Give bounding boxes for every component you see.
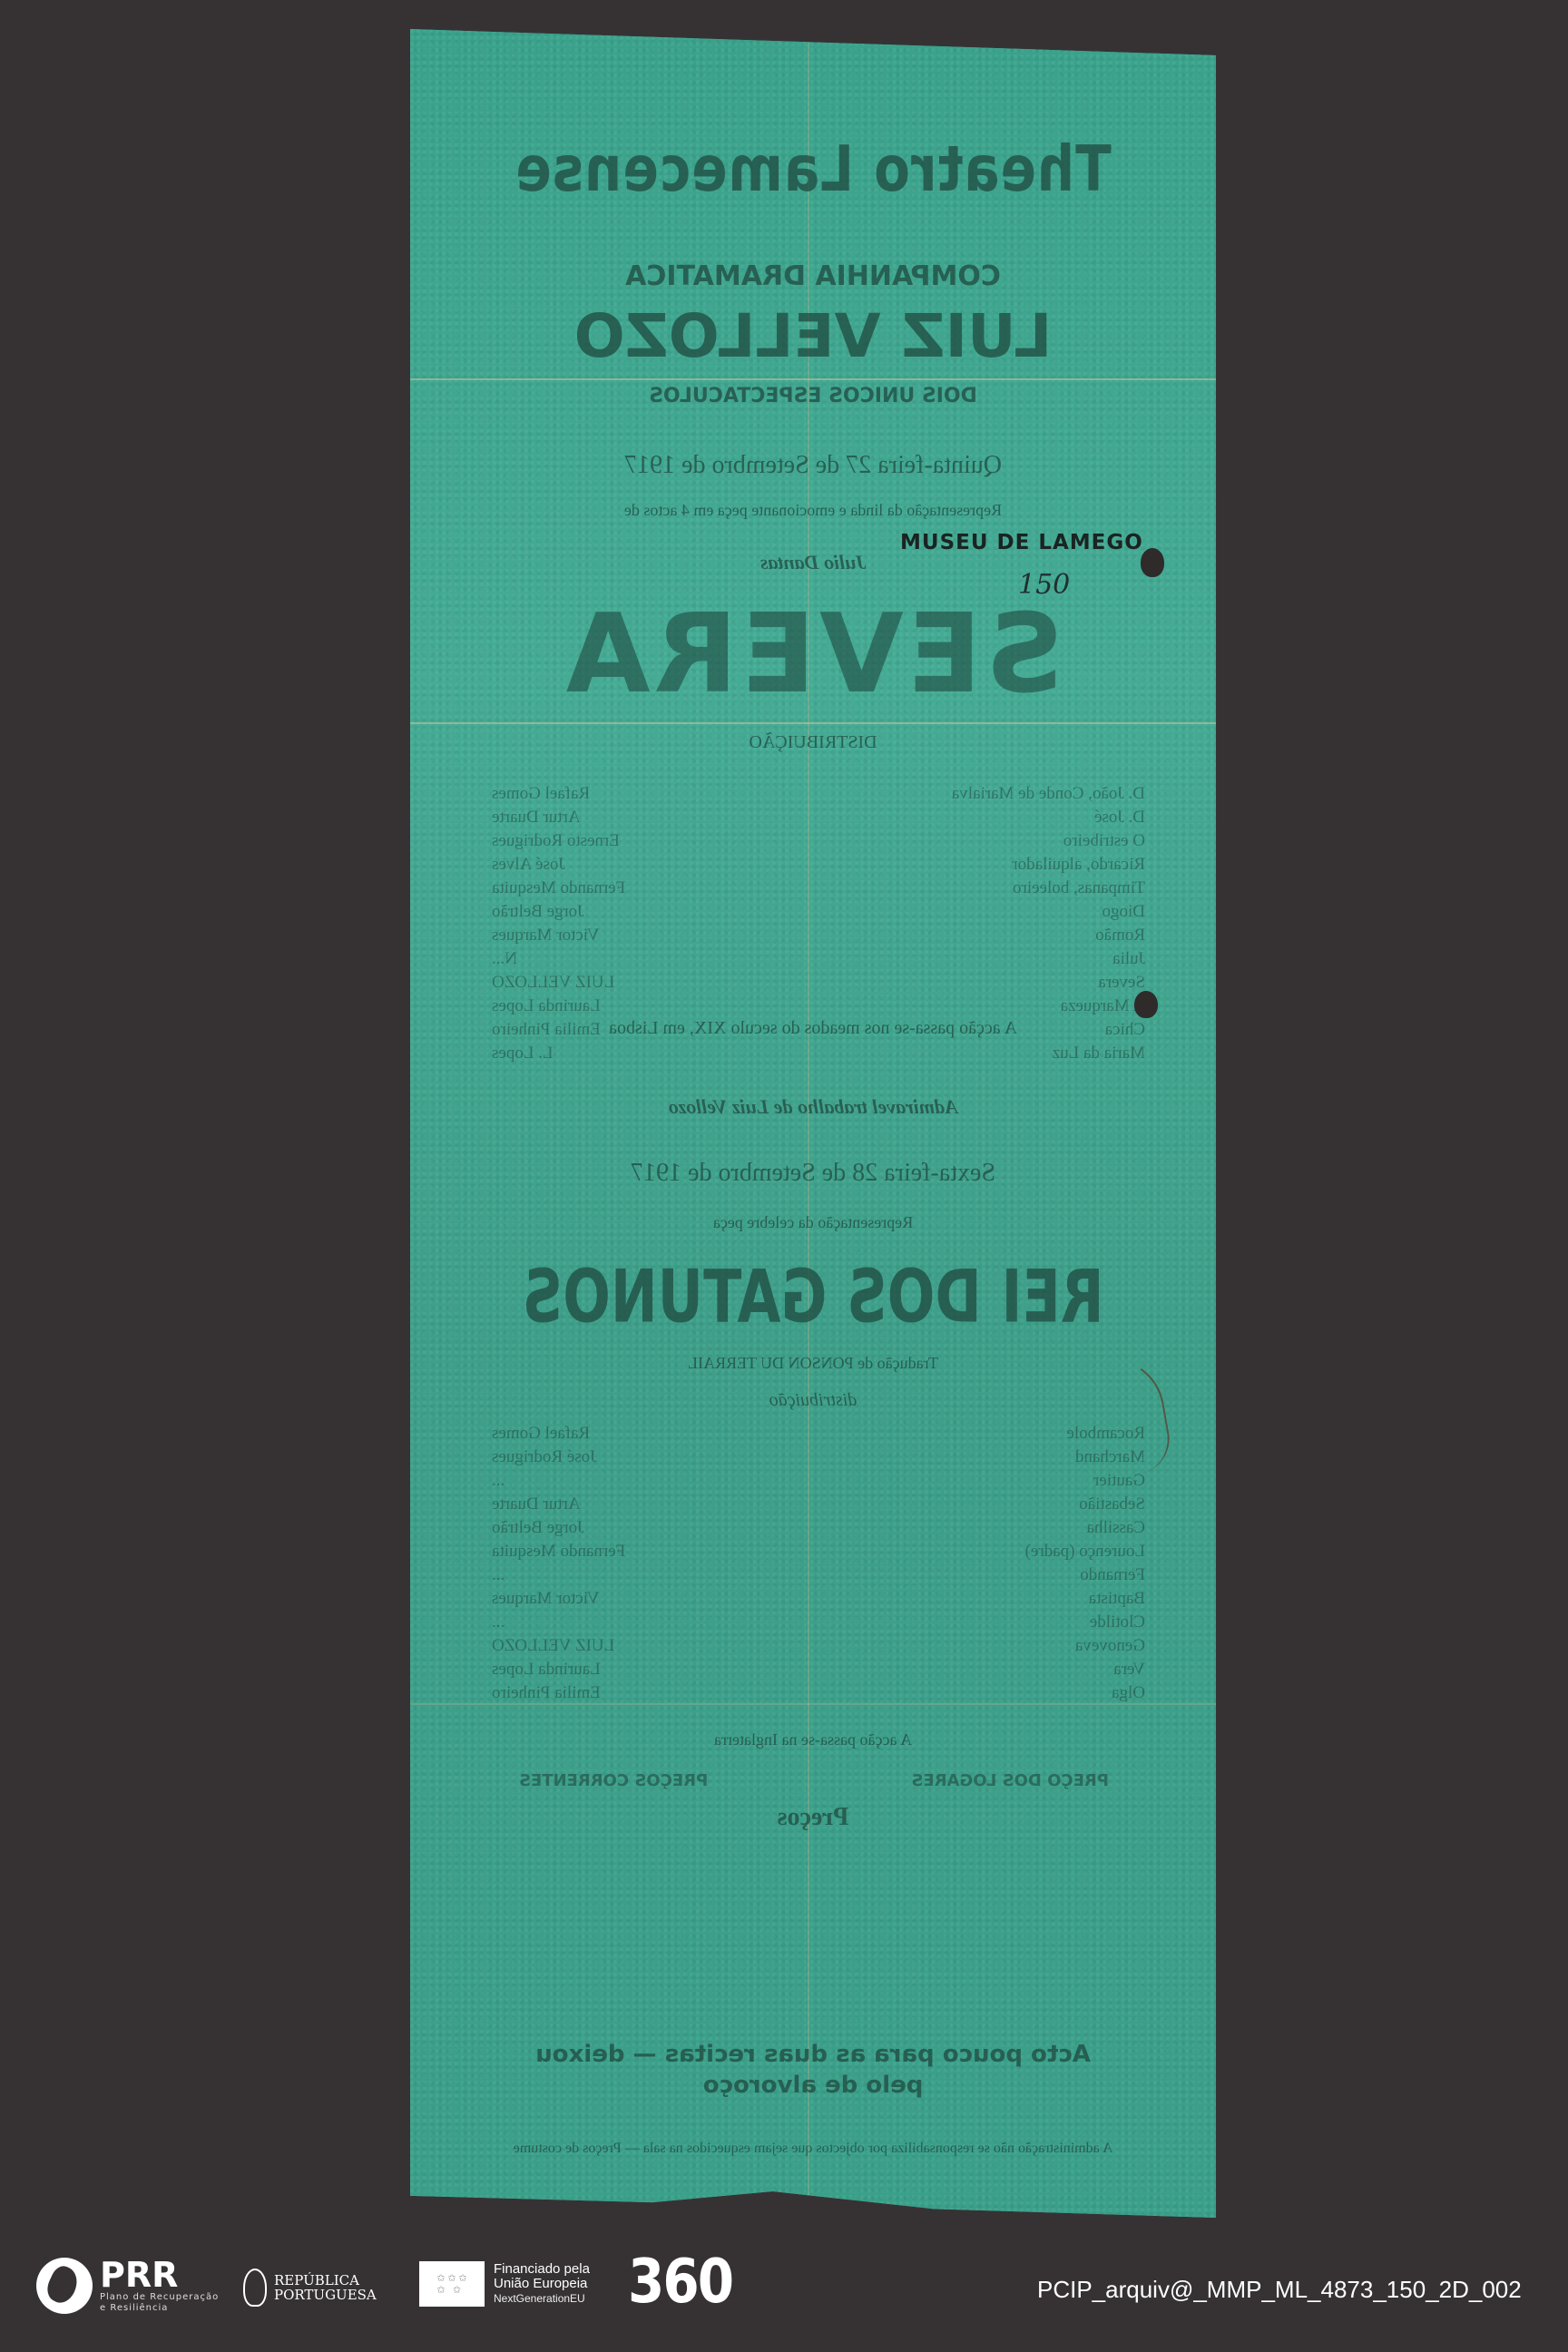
actor-name: N... bbox=[492, 947, 517, 971]
cast-row: VeraLaurinda Lopes bbox=[492, 1658, 1145, 1681]
actor-name: ... bbox=[492, 1469, 505, 1493]
actor-name: Laurinda Lopes bbox=[492, 995, 601, 1018]
first-play-title: SEVERA bbox=[410, 592, 1216, 718]
actor-name: Victor Marques bbox=[492, 924, 600, 947]
second-play-title: REI DOS GATUNOS bbox=[410, 1253, 1216, 1339]
actor-name: Victor Marques bbox=[492, 1587, 600, 1611]
actor-name: Emilia Pinheiro bbox=[492, 1681, 601, 1705]
actor-name: Jorge Beltrão bbox=[492, 900, 584, 924]
cast-row: Ricardo, alquiladorJosé Alves bbox=[492, 853, 1145, 877]
cast-row: Clotilde... bbox=[492, 1611, 1145, 1634]
actor-name: LUIZ VELLOZO bbox=[492, 971, 614, 995]
role-name: Genoveva bbox=[1075, 1634, 1145, 1658]
cast-row: GenovevaLUIZ VELLOZO bbox=[492, 1634, 1145, 1658]
role-name: D. José bbox=[1094, 806, 1145, 829]
footer-bar: PRR Plano de Recuperação e Resiliência R… bbox=[0, 2250, 1568, 2323]
actor-name: Fernando Mesquita bbox=[492, 877, 625, 900]
prices-header: PREÇO DOS LOGARES PREÇOS CORRENTES bbox=[519, 1771, 1109, 1790]
role-name: Sebastião bbox=[1079, 1493, 1145, 1516]
actor-name: L. Lopes bbox=[492, 1042, 554, 1065]
cast-row: RomãoVictor Marques bbox=[492, 924, 1145, 947]
cast-row: A MarquezaLaurinda Lopes bbox=[492, 995, 1145, 1018]
cast-row: Lourenço (padre)Fernando Mesquita bbox=[492, 1540, 1145, 1563]
inventory-number: 150 bbox=[1018, 569, 1070, 601]
role-name: Julia bbox=[1112, 947, 1145, 971]
prices-left: PREÇO DOS LOGARES bbox=[911, 1771, 1109, 1790]
company-name: COMPANHIA DRAMATICA bbox=[410, 260, 1216, 292]
first-footnote: A acção passa-se nos meados do seculo XI… bbox=[410, 1018, 1216, 1039]
actor-name: Ernesto Rodrigues bbox=[492, 829, 620, 853]
role-name: Cassilha bbox=[1087, 1516, 1145, 1540]
armillary-sphere-icon bbox=[243, 2269, 267, 2307]
fine-print: A administração não se responsabiliza po… bbox=[410, 2139, 1216, 2159]
role-name: Clotilde bbox=[1090, 1611, 1145, 1634]
cast-row: DiogoJorge Beltrão bbox=[492, 900, 1145, 924]
role-name: O estribeiro bbox=[1063, 829, 1145, 853]
cast-row: Timpanas, boleeiroFernando Mesquita bbox=[492, 877, 1145, 900]
eu-funding-logo: ✩ ✩ ✩✩ ✩ Financiado pela União Europeia … bbox=[419, 2261, 590, 2307]
cast-row: RocamboleRafael Gomes bbox=[492, 1422, 1145, 1445]
second-date: Sexta-feira 28 de Setembro de 1917 bbox=[410, 1159, 1216, 1188]
actor-name: LUIZ VELLOZO bbox=[492, 1634, 614, 1658]
cast-row: Gautier... bbox=[492, 1469, 1145, 1493]
role-name: Vera bbox=[1113, 1658, 1145, 1681]
theatre-title: Theatro Lamecense bbox=[410, 132, 1216, 206]
brand-360-logo: 360 bbox=[628, 2246, 732, 2317]
role-name: D. João, Conde de Marialva bbox=[952, 782, 1145, 806]
actor-name: Rafael Gomes bbox=[492, 1422, 590, 1445]
archival-poster: Theatro Lamecense COMPANHIA DRAMATICA LU… bbox=[410, 29, 1216, 2218]
actor-name: ... bbox=[492, 1563, 505, 1587]
prices-right: PREÇOS CORRENTES bbox=[519, 1771, 708, 1790]
first-note: Representação da linda e emocionante peç… bbox=[410, 501, 1216, 520]
actor-name: Fernando Mesquita bbox=[492, 1540, 625, 1563]
cast-row: CassilhaJorge Beltrão bbox=[492, 1516, 1145, 1540]
role-name: Lourenço (padre) bbox=[1025, 1540, 1145, 1563]
role-name: Baptista bbox=[1089, 1587, 1145, 1611]
benefit-line: Admiravel trabalho de Luiz Vellozo bbox=[410, 1095, 1216, 1119]
paper-hole bbox=[1134, 991, 1158, 1018]
cast-heading: DISTRIBUIÇÃO bbox=[410, 732, 1216, 753]
cast-row: O estribeiroErnesto Rodrigues bbox=[492, 829, 1145, 853]
second-footnote: A acção passa-se na Inglaterra bbox=[410, 1730, 1216, 1749]
republica-portuguesa-logo: REPÚBLICA PORTUGUESA bbox=[243, 2269, 377, 2307]
prr-emblem-icon bbox=[36, 2258, 93, 2314]
actor-name: José Alves bbox=[492, 853, 565, 877]
museum-stamp: MUSEU DE LAMEGO bbox=[900, 531, 1143, 554]
role-name: Ricardo, alquilador bbox=[1012, 853, 1145, 877]
eu-stars-icon: ✩ ✩ ✩✩ ✩ bbox=[419, 2261, 485, 2307]
cast-row: BaptistaVictor Marques bbox=[492, 1587, 1145, 1611]
subtitle: DOIS UNICOS ESPECTACULOS bbox=[410, 385, 1216, 407]
actor-name: José Rodrigues bbox=[492, 1445, 597, 1469]
cast-row: Maria da LuzL. Lopes bbox=[492, 1042, 1145, 1065]
prices-title: Preços bbox=[410, 1803, 1216, 1832]
cast-row: D. JoséArtur Duarte bbox=[492, 806, 1145, 829]
actor-name: Artur Duarte bbox=[492, 1493, 581, 1516]
role-name: Diogo bbox=[1102, 900, 1146, 924]
role-name: Timpanas, boleeiro bbox=[1013, 877, 1145, 900]
actor-name: Artur Duarte bbox=[492, 806, 581, 829]
second-author: Tradução de PONSON DU TERRAIL bbox=[410, 1354, 1216, 1373]
role-name: Severa bbox=[1098, 971, 1145, 995]
cast-list-2: RocamboleRafael GomesMarchandJosé Rodrig… bbox=[492, 1422, 1145, 1705]
cast-heading-2: distribuição bbox=[410, 1390, 1216, 1411]
actor-name: Rafael Gomes bbox=[492, 782, 590, 806]
second-note: Representação da celebre peça bbox=[410, 1213, 1216, 1232]
fold-line bbox=[410, 722, 1216, 724]
paper-hole bbox=[1141, 548, 1164, 577]
first-date: Quinta-feira 27 de Setembro de 1917 bbox=[410, 451, 1216, 480]
role-name: A Marqueza bbox=[1061, 995, 1145, 1018]
role-name: Maria da Luz bbox=[1053, 1042, 1145, 1065]
closing-text: Acto pouco para as duas recitas — deixou… bbox=[410, 2039, 1216, 2101]
cast-row: MarchandJosé Rodrigues bbox=[492, 1445, 1145, 1469]
prr-logo: PRR Plano de Recuperação e Resiliência bbox=[36, 2258, 219, 2314]
role-name: Fernando bbox=[1080, 1563, 1145, 1587]
cast-row: Fernando... bbox=[492, 1563, 1145, 1587]
actor-name: Laurinda Lopes bbox=[492, 1658, 601, 1681]
role-name: Romão bbox=[1095, 924, 1145, 947]
cast-row: SebastiãoArtur Duarte bbox=[492, 1493, 1145, 1516]
actor-name: Jorge Beltrão bbox=[492, 1516, 584, 1540]
director-name: LUIZ VELLOZO bbox=[410, 301, 1216, 371]
cast-row: D. João, Conde de MarialvaRafael Gomes bbox=[492, 782, 1145, 806]
file-identifier: PCIP_arquiv@_MMP_ML_4873_150_2D_002 bbox=[1037, 2276, 1522, 2304]
actor-name: ... bbox=[492, 1611, 505, 1634]
cast-row: OlgaEmilia Pinheiro bbox=[492, 1681, 1145, 1705]
fold-line bbox=[410, 378, 1216, 380]
cast-row: JuliaN... bbox=[492, 947, 1145, 971]
cast-row: SeveraLUIZ VELLOZO bbox=[492, 971, 1145, 995]
role-name: Olga bbox=[1112, 1681, 1145, 1705]
